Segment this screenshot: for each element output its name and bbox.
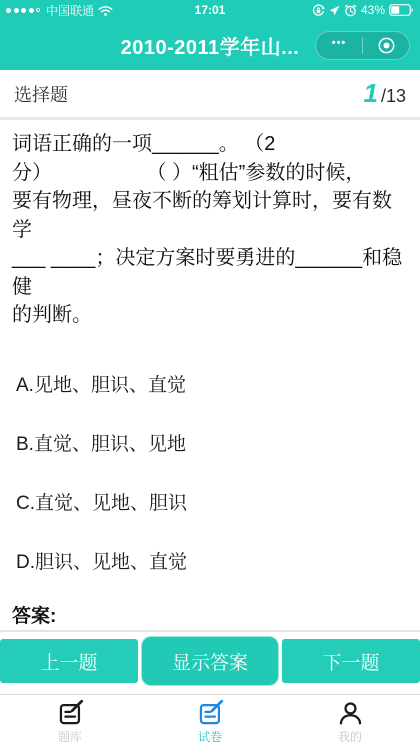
- question-type-label: 选择题: [14, 81, 68, 107]
- show-answer-button[interactable]: 显示答案: [141, 636, 279, 686]
- tab-bar: 题库 试卷 我的: [0, 694, 420, 747]
- tab-question-bank[interactable]: 题库: [0, 695, 140, 747]
- question-counter: 1 /13: [364, 78, 407, 109]
- question-area: 词语正确的一项______。 （2 分） （ ）“粗估”参数的时候， 要有物理，…: [0, 120, 420, 630]
- next-question-button[interactable]: 下一题: [282, 639, 420, 683]
- answer-label: 答案:: [12, 601, 408, 628]
- profile-icon: [337, 700, 364, 727]
- status-bar: 中国联通 17:01: [0, 0, 420, 20]
- option-d[interactable]: D.胆识、见地、直觉: [16, 547, 408, 574]
- action-bar: 上一题 显示答案 下一题: [0, 630, 420, 694]
- carrier-label: 中国联通: [46, 2, 94, 19]
- rotation-lock-icon: [312, 4, 325, 17]
- question-bank-icon: [57, 700, 84, 727]
- alarm-icon: [344, 4, 357, 17]
- app-window: 中国联通 17:01: [0, 0, 420, 747]
- battery-percent: 43%: [361, 3, 385, 17]
- target-icon: [378, 37, 395, 54]
- location-icon: [329, 5, 340, 16]
- exam-paper-icon: [197, 700, 224, 727]
- more-button[interactable]: •••: [316, 32, 362, 59]
- previous-question-button[interactable]: 上一题: [0, 639, 138, 683]
- question-text: 词语正确的一项______。 （2 分） （ ）“粗估”参数的时候， 要有物理，…: [12, 130, 408, 330]
- question-type-bar: 选择题 1 /13: [0, 70, 420, 117]
- wifi-icon: [98, 5, 113, 16]
- battery-icon: [389, 4, 414, 16]
- option-b[interactable]: B.直觉、胆识、见地: [16, 429, 408, 456]
- option-a[interactable]: A.见地、胆识、直觉: [16, 370, 408, 397]
- current-question-number: 1: [364, 78, 378, 109]
- miniprogram-capsule: •••: [315, 31, 410, 60]
- option-c[interactable]: C.直觉、见地、胆识: [16, 488, 408, 515]
- tab-label: 题库: [58, 728, 82, 745]
- signal-strength-icon: [6, 8, 40, 13]
- total-question-count: /13: [381, 86, 406, 107]
- tab-exam-paper[interactable]: 试卷: [140, 695, 280, 747]
- tab-label: 我的: [338, 728, 362, 745]
- page-title: 2010-2011学年山...: [121, 31, 300, 60]
- options-list: A.见地、胆识、直觉 B.直觉、胆识、见地 C.直觉、见地、胆识 D.胆识、见地…: [12, 370, 408, 574]
- tab-profile[interactable]: 我的: [280, 695, 420, 747]
- nav-bar: 2010-2011学年山... •••: [0, 20, 420, 70]
- tab-label: 试卷: [198, 728, 222, 745]
- exit-button[interactable]: [363, 32, 409, 59]
